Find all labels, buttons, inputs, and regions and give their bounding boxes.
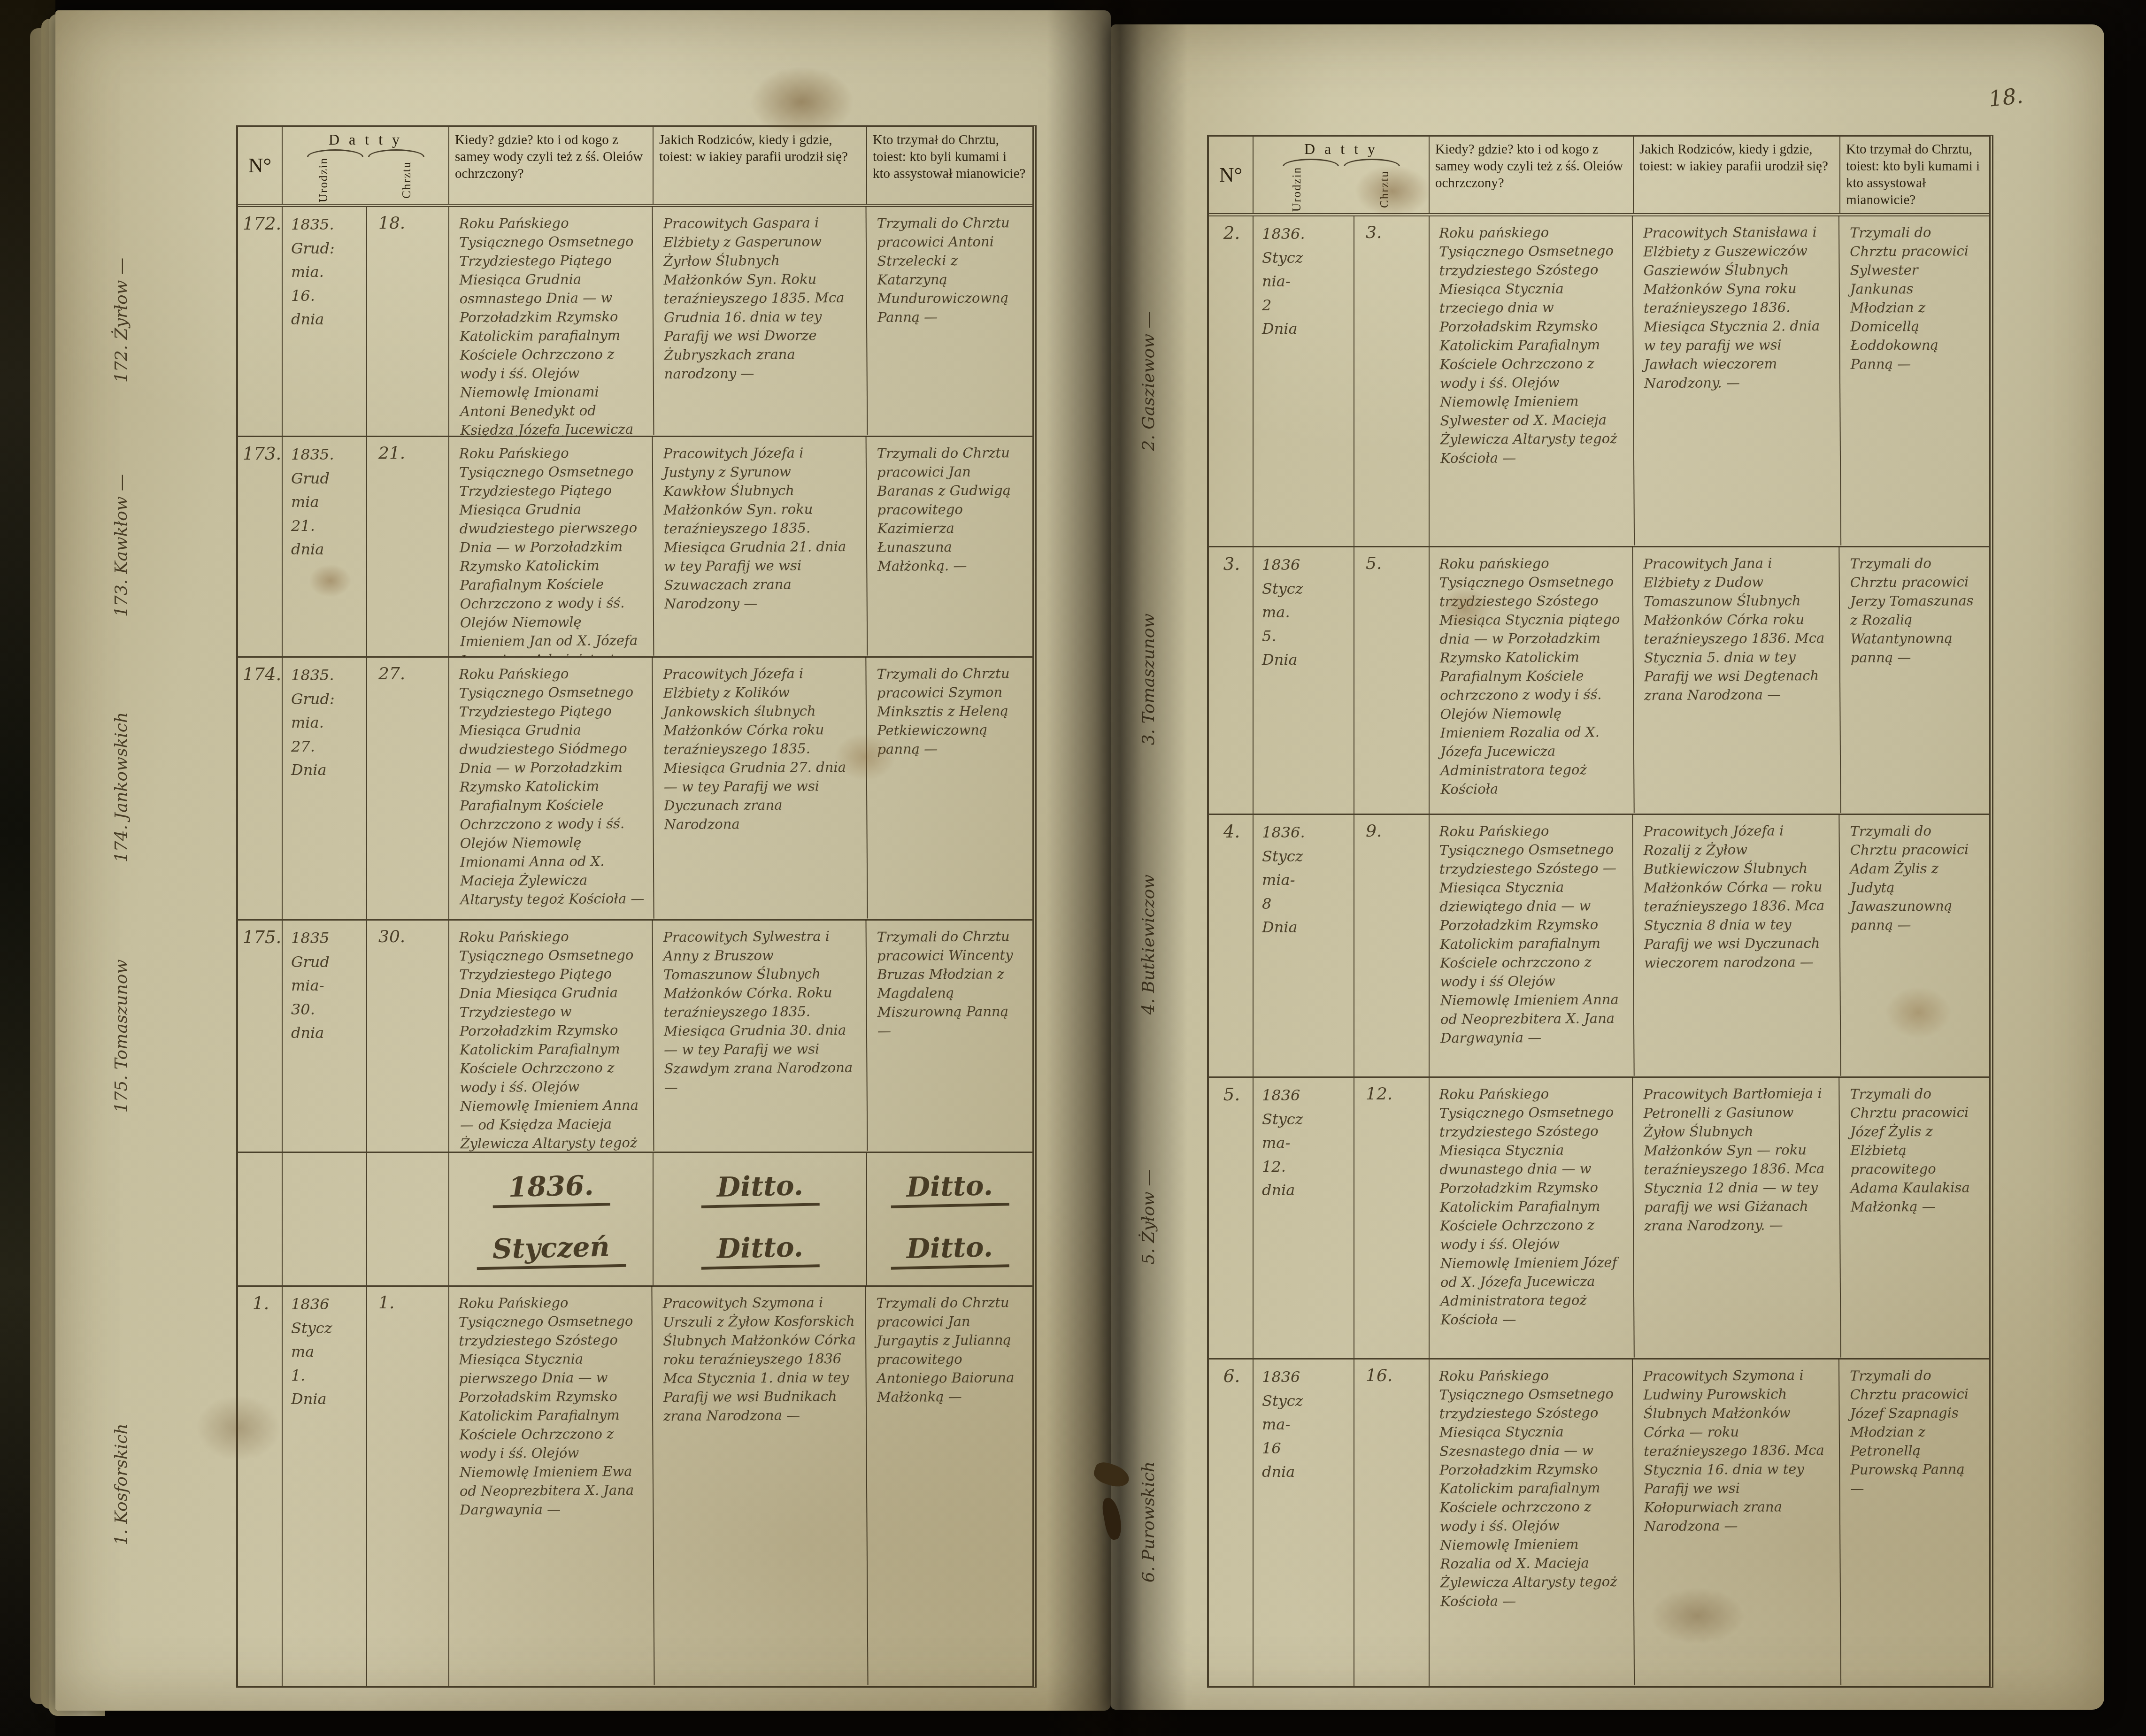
entry-row: 2. 1836. Stycz nia- 2 Dnia 3. Roku pańsk… <box>1209 216 1989 547</box>
entry-number: 5. <box>1209 1078 1254 1358</box>
margin-note: 172. Żyrłow — <box>112 258 131 383</box>
month-heading: Styczeń <box>476 1230 626 1270</box>
entry-number: 2. <box>1209 216 1254 546</box>
scanned-register-spread: 172. Żyrłow — 173. Kawkłow — 174. Jankow… <box>0 0 2146 1736</box>
sponsors-text: Trzymali do Chrztu pracowici Adam Żylis … <box>1839 814 1988 1077</box>
right-page: 18. 2. Gasziewow — 3. Tomaszunow 4. Butk… <box>1111 24 2104 1710</box>
sponsors-text: Trzymali do Chrztu pracowici Józef Żylis… <box>1839 1077 1988 1359</box>
baptism-act-text: Roku Pańskiego Tysiącznego Osmsetnego Tr… <box>449 920 654 1152</box>
entry-number: 6. <box>1209 1360 1254 1686</box>
margin-note: 174. Jankowskich <box>112 712 131 862</box>
birth-date: 1836 Stycz ma. 5. Dnia <box>1254 547 1354 814</box>
margin-note: 175. Tomaszunow <box>112 960 131 1113</box>
parents-text: Pracowitych Szymona i Urszuli z Żyłow Ko… <box>652 1286 868 1687</box>
margin-note: 173. Kawkłow — <box>112 474 131 617</box>
table-header-row: N° D a t t y Urodzin Chrztu Kiedy? gdzie… <box>238 127 1032 207</box>
baptism-act-text: Roku Pańskiego Tysiącznego Osmsetnego tr… <box>1429 814 1634 1077</box>
sponsors-text: Trzymali do Chrztu pracowici Sylwester J… <box>1839 216 1988 546</box>
baptism-act-text: Roku Pańskiego Tysiącznego Osmsetnego Tr… <box>448 657 654 920</box>
header-number: N° <box>238 127 283 204</box>
birth-date: 1835. Grud: mia. 27. Dnia <box>283 658 367 919</box>
entry-row: 174. 1835. Grud: mia. 27. Dnia 27. Roku … <box>238 658 1032 921</box>
birth-date: 1836 Stycz ma 1. Dnia <box>283 1287 367 1686</box>
birth-date: 1835 Grud mia- 30. dnia <box>283 921 367 1152</box>
baptism-act-text: Roku Pańskiego Tysiącznego Osmsetnego tr… <box>448 1286 654 1687</box>
entry-number: 172. <box>238 207 283 436</box>
baptism-day: 5. <box>1354 547 1430 814</box>
entry-row: 173. 1835. Grud mia 21. dnia 21. Roku Pa… <box>238 437 1032 658</box>
baptism-day: 16. <box>1354 1360 1430 1686</box>
birth-date: 1835. Grud mia 21. dnia <box>283 437 367 656</box>
register-table: N° D a t t y Urodzin Chrztu Kiedy? gdzie… <box>1207 135 1993 1688</box>
baptism-day: 18. <box>367 207 449 436</box>
header-sponsors-question: Kto trzymał do Chrztu, toiest: kto byli … <box>1840 137 1987 213</box>
margin-note: 6. Purowskich <box>1139 1461 1158 1582</box>
baptism-day: 3. <box>1354 216 1430 546</box>
sponsors-text: Trzymali do Chrztu pracowici Józef Szapn… <box>1839 1359 1988 1686</box>
baptism-day: 1. <box>367 1287 449 1686</box>
parents-text: Pracowitych Stanisława i Elżbiety z Gusz… <box>1633 216 1841 547</box>
header-number: N° <box>1209 137 1254 213</box>
entry-row: 175. 1835 Grud mia- 30. dnia 30. Roku Pa… <box>238 921 1032 1153</box>
entry-number: 173. <box>238 437 283 656</box>
margin-note: 5. Żyłow — <box>1139 1169 1158 1265</box>
margin-note: 3. Tomaszunow <box>1139 614 1158 745</box>
table-header-row: N° D a t t y Urodzin Chrztu Kiedy? gdzie… <box>1209 137 1989 216</box>
entry-number: 175. <box>238 921 283 1152</box>
parents-text: Pracowitych Bartłomieja i Petronelli z G… <box>1633 1077 1841 1359</box>
entry-row: 1. 1836 Stycz ma 1. Dnia 1. Roku Pańskie… <box>238 1287 1032 1686</box>
parents-text: Pracowitych Szymona i Ludwiny Purowskich… <box>1633 1359 1841 1687</box>
sponsors-text: Trzymali do Chrztu pracowici Jerzy Tomas… <box>1839 547 1988 814</box>
sponsors-text: Trzymali do Chrztu pracowici Antoni Strz… <box>867 207 1033 436</box>
header-birth-date: Urodzin <box>1291 167 1304 212</box>
entry-row: 4. 1836. Stycz mia- 8 Dnia 9. Roku Pańsk… <box>1209 815 1989 1078</box>
margin-note: 2. Gasziewow — <box>1139 311 1158 451</box>
margin-note: 1. Kosforskich <box>112 1423 131 1545</box>
baptism-act-text: Roku Pańskiego Tysiącznego Osmsetnego tr… <box>1429 1359 1635 1687</box>
header-baptism-question: Kiedy? gdzie? kto i od kogo z samey wody… <box>449 127 654 204</box>
ditto-mark: Ditto. <box>890 1169 1009 1208</box>
birth-date: 1836. Stycz nia- 2 Dnia <box>1254 216 1354 546</box>
baptism-day: 21. <box>367 437 449 656</box>
header-datty-label: D a t t y <box>1254 137 1429 158</box>
parents-text: Pracowitych Sylwestra i Anny z Bruszow T… <box>653 920 868 1152</box>
baptism-act-text: Roku Pańskiego Tysiącznego Osmsetnego Tr… <box>449 437 654 657</box>
baptism-act-text: Roku Pańskiego Tysiącznego Osmsetnego Tr… <box>449 207 654 437</box>
ditto-mark: Ditto. <box>700 1169 819 1208</box>
birth-date: 1836 Stycz ma- 12. dnia <box>1254 1078 1354 1358</box>
parents-text: Pracowitych Józefa i Elżbiety z Kolików … <box>653 657 868 920</box>
sponsors-text: Trzymali do Chrztu pracowici Jan Jurgayt… <box>866 1286 1033 1686</box>
birth-date: 1836. Stycz mia- 8 Dnia <box>1254 815 1354 1076</box>
baptism-act-text: Roku Pańskiego Tysiącznego Osmsetnego tr… <box>1429 1077 1635 1359</box>
margin-note: 4. Butkiewiczow <box>1139 875 1158 1014</box>
parents-text: Pracowitych Józefa i Rozalij z Żyłow But… <box>1633 814 1841 1077</box>
left-page: 172. Żyrłow — 173. Kawkłow — 174. Jankow… <box>55 10 1111 1711</box>
baptism-act-text: Roku pańskiego Tysiącznego Osmsetnego tr… <box>1429 216 1635 547</box>
ditto-mark: Ditto. <box>700 1230 819 1269</box>
entry-row: 3. 1836 Stycz ma. 5. Dnia 5. Roku pański… <box>1209 547 1989 815</box>
sponsors-text: Trzymali do Chrztu pracowici Jan Baranas… <box>867 437 1033 657</box>
header-parents-question: Jakich Rodziców, kiedy i gdzie, toiest: … <box>654 127 867 204</box>
birth-date: 1835. Grud: mia. 16. dnia <box>283 207 367 436</box>
entry-row: 5. 1836 Stycz ma- 12. dnia 12. Roku Pańs… <box>1209 1078 1989 1360</box>
year-heading: 1836. <box>492 1169 610 1208</box>
baptism-day: 12. <box>1354 1078 1430 1358</box>
header-birth-date: Urodzin <box>317 157 331 202</box>
header-datty-label: D a t t y <box>283 127 448 148</box>
parents-text: Pracowitych Jana i Elżbiety z Dudow Toma… <box>1633 547 1841 814</box>
ditto-mark: Ditto. <box>890 1230 1009 1269</box>
baptism-act-text: Roku pańskiego Tysiącznego Osmsetnego tr… <box>1429 547 1634 814</box>
entry-number: 4. <box>1209 815 1254 1076</box>
header-parents-question: Jakich Rodziców, kiedy i gdzie, toiest: … <box>1634 137 1840 213</box>
sponsors-text: Trzymali do Chrztu pracowici Szymon Mink… <box>866 657 1033 920</box>
register-table: N° D a t t y Urodzin Chrztu Kiedy? gdzie… <box>236 125 1037 1688</box>
header-dates: D a t t y Urodzin Chrztu <box>283 127 449 204</box>
header-baptism-date: Chrztu <box>400 161 414 198</box>
entry-row: 6. 1836 Stycz ma- 16 dnia 16. Roku Pańsk… <box>1209 1360 1989 1686</box>
header-baptism-date: Chrztu <box>1378 170 1392 207</box>
birth-date: 1836 Stycz ma- 16 dnia <box>1254 1360 1354 1686</box>
baptism-day: 27. <box>367 658 449 919</box>
baptism-day: 30. <box>367 921 449 1152</box>
entry-number: 1. <box>238 1287 283 1686</box>
baptism-day: 9. <box>1354 815 1430 1076</box>
parents-text: Pracowitych Józefa i Justyny z Syrunow K… <box>653 437 868 657</box>
header-baptism-question: Kiedy? gdzie? kto i od kogo z samey wody… <box>1430 137 1634 213</box>
sponsors-text: Trzymali do Chrztu pracowici Wincenty Br… <box>867 920 1033 1152</box>
entry-number: 174. <box>238 658 283 919</box>
header-dates: D a t t y Urodzin Chrztu <box>1254 137 1430 213</box>
parents-text: Pracowitych Gaspara i Elżbiety z Gasperu… <box>653 207 868 437</box>
entry-row: 172. 1835. Grud: mia. 16. dnia 18. Roku … <box>238 207 1032 437</box>
header-sponsors-question: Kto trzymał do Chrztu, toiest: kto byli … <box>867 127 1032 204</box>
page-number: 18. <box>1987 83 2024 111</box>
year-section-row: 1836. Styczeń Ditto. Ditto. Ditto. Ditto… <box>238 1153 1032 1287</box>
entry-number: 3. <box>1209 547 1254 814</box>
